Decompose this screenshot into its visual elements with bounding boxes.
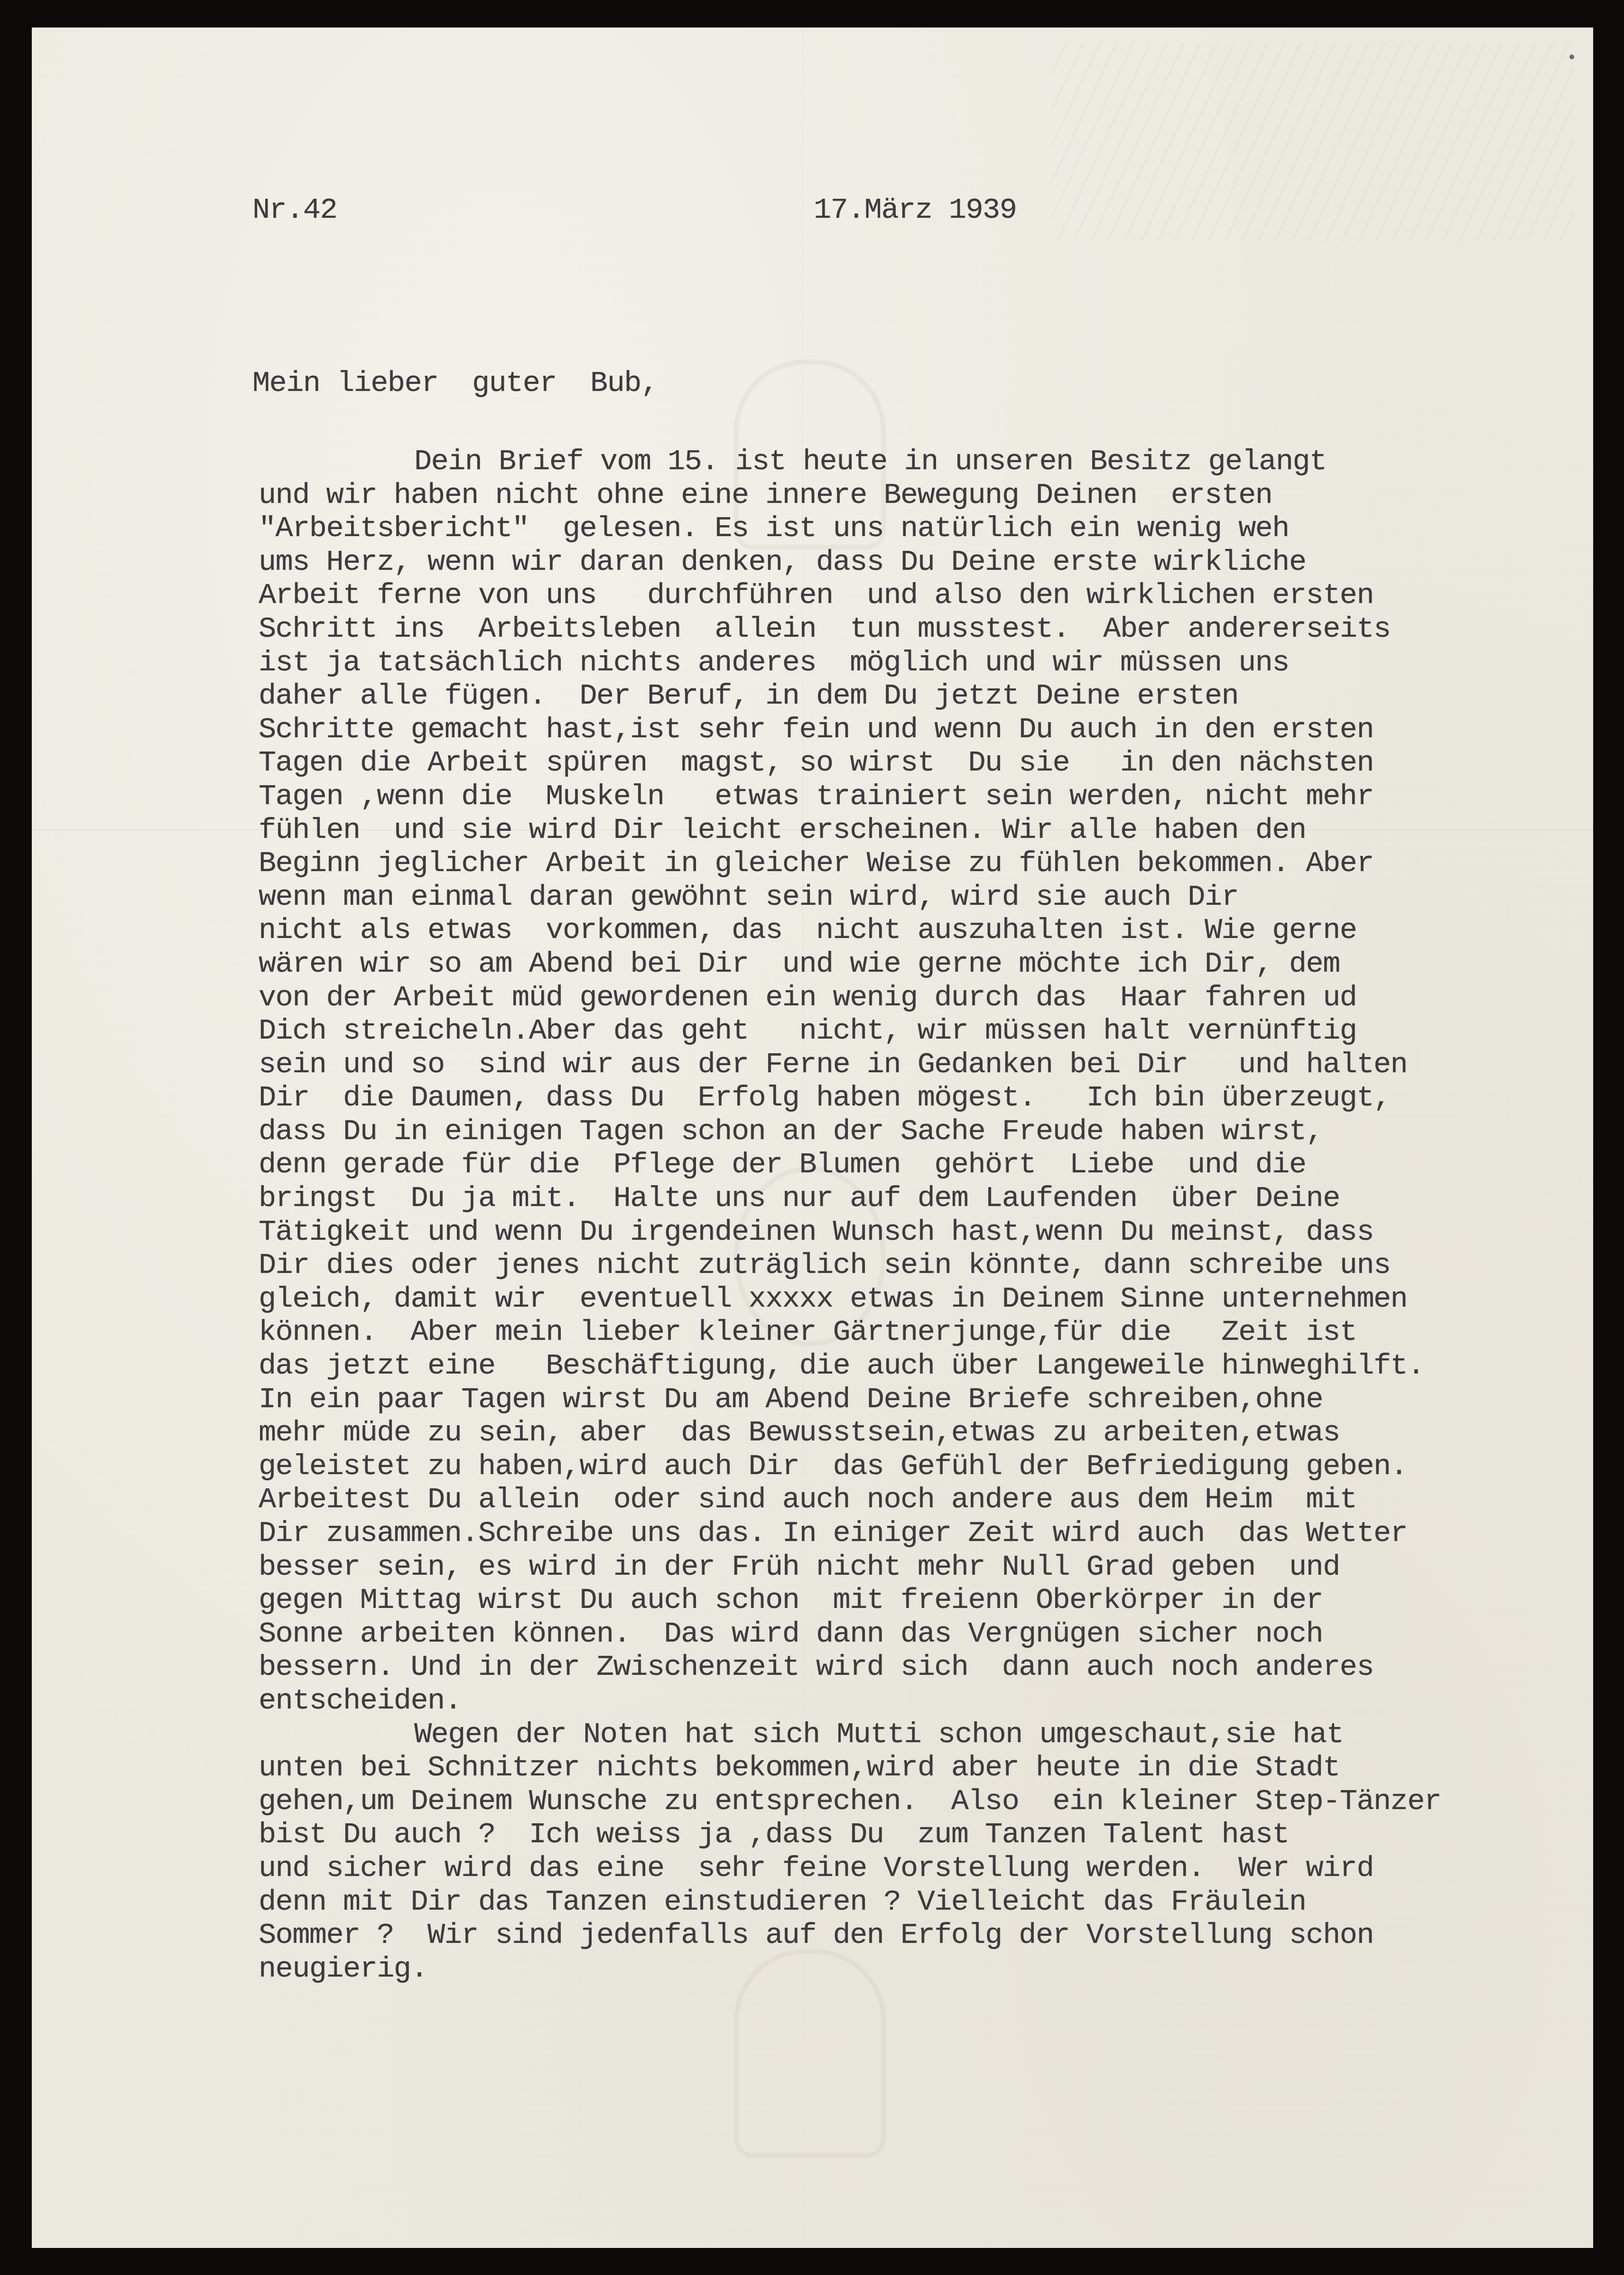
body-line: ums Herz, wenn wir daran denken, dass Du… — [259, 546, 1441, 579]
body-line: Arbeit ferne von uns durchführen und als… — [259, 579, 1441, 613]
body-line: und sicher wird das eine sehr feine Vors… — [259, 1852, 1441, 1885]
body-line: Dir die Daumen, dass Du Erfolg haben mög… — [259, 1081, 1441, 1115]
body-line: wären wir so am Abend bei Dir und wie ge… — [259, 947, 1441, 981]
body-line: bringst Du ja mit. Halte uns nur auf dem… — [259, 1182, 1441, 1216]
ink-spot — [1569, 55, 1574, 59]
body-line: Beginn jeglicher Arbeit in gleicher Weis… — [259, 847, 1441, 881]
body-line: Arbeitest Du allein oder sind auch noch … — [259, 1483, 1441, 1517]
body-line: Schritt ins Arbeitsleben allein tun muss… — [259, 613, 1441, 646]
body-line: Dich streicheln.Aber das geht nicht, wir… — [259, 1014, 1441, 1048]
body-line: bist Du auch ? Ich weiss ja ,dass Du zum… — [259, 1818, 1441, 1852]
body-line: entscheiden. — [259, 1684, 1441, 1718]
body-line: gehen,um Deinem Wunsche zu entsprechen. … — [259, 1785, 1441, 1819]
body-line: Dir dies oder jenes nicht zuträglich sei… — [259, 1249, 1441, 1282]
body-line: denn mit Dir das Tanzen einstudieren ? V… — [259, 1885, 1441, 1919]
body-line: geleistet zu haben,wird auch Dir das Gef… — [259, 1450, 1441, 1484]
body-line: Tätigkeit und wenn Du irgendeinen Wunsch… — [259, 1216, 1441, 1249]
body-line: dass Du in einigen Tagen schon an der Sa… — [259, 1115, 1441, 1149]
body-line: Sonne arbeiten können. Das wird dann das… — [259, 1617, 1441, 1651]
body-line: Schritte gemacht hast,ist sehr fein und … — [259, 713, 1441, 747]
body-line: gegen Mittag wirst Du auch schon mit fre… — [259, 1584, 1441, 1617]
body-line: In ein paar Tagen wirst Du am Abend Dein… — [259, 1383, 1441, 1417]
letter-date: 17.März 1939 — [814, 194, 1016, 227]
ink-bleed-through — [1052, 42, 1574, 241]
body-line: sein und so sind wir aus der Ferne in Ge… — [259, 1048, 1441, 1082]
letter-page: Nr.42 17.März 1939 Mein lieber guter Bub… — [32, 28, 1593, 2248]
body-line: besser sein, es wird in der Früh nicht m… — [259, 1551, 1441, 1584]
salutation: Mein lieber guter Bub, — [252, 367, 658, 400]
body-line: denn gerade für die Pflege der Blumen ge… — [259, 1148, 1441, 1182]
body-line: ist ja tatsächlich nichts anderes möglic… — [259, 646, 1441, 680]
body-line: wenn man einmal daran gewöhnt sein wird,… — [259, 881, 1441, 914]
body-line: unten bei Schnitzer nichts bekommen,wird… — [259, 1751, 1441, 1785]
body-line: daher alle fügen. Der Beruf, in dem Du j… — [259, 679, 1441, 713]
body-line: können. Aber mein lieber kleiner Gärtner… — [259, 1316, 1441, 1349]
body-line: Tagen ,wenn die Muskeln etwas trainiert … — [259, 780, 1441, 814]
body-line: mehr müde zu sein, aber das Bewusstsein,… — [259, 1416, 1441, 1450]
letter-number: Nr.42 — [252, 194, 337, 227]
letter-body: Dein Brief vom 15. ist heute in unseren … — [259, 445, 1441, 1986]
body-line: neugierig. — [259, 1952, 1441, 1986]
body-line: nicht als etwas vorkommen, das nicht aus… — [259, 914, 1441, 947]
body-line: Wegen der Noten hat sich Mutti schon umg… — [259, 1718, 1441, 1752]
body-line: Dein Brief vom 15. ist heute in unseren … — [259, 445, 1441, 479]
body-line: bessern. Und in der Zwischenzeit wird si… — [259, 1651, 1441, 1684]
body-line: und wir haben nicht ohne eine innere Bew… — [259, 479, 1441, 512]
body-line: fühlen und sie wird Dir leicht erscheine… — [259, 814, 1441, 847]
body-line: Sommer ? Wir sind jedenfalls auf den Erf… — [259, 1919, 1441, 1952]
body-line: von der Arbeit müd gewordenen ein wenig … — [259, 981, 1441, 1015]
body-line: Dir zusammen.Schreibe uns das. In einige… — [259, 1517, 1441, 1551]
body-line: gleich, damit wir eventuell xxxxx etwas … — [259, 1282, 1441, 1316]
body-line: "Arbeitsbericht" gelesen. Es ist uns nat… — [259, 512, 1441, 546]
body-line: Tagen die Arbeit spüren magst, so wirst … — [259, 746, 1441, 780]
body-line: das jetzt eine Beschäftigung, die auch ü… — [259, 1349, 1441, 1383]
